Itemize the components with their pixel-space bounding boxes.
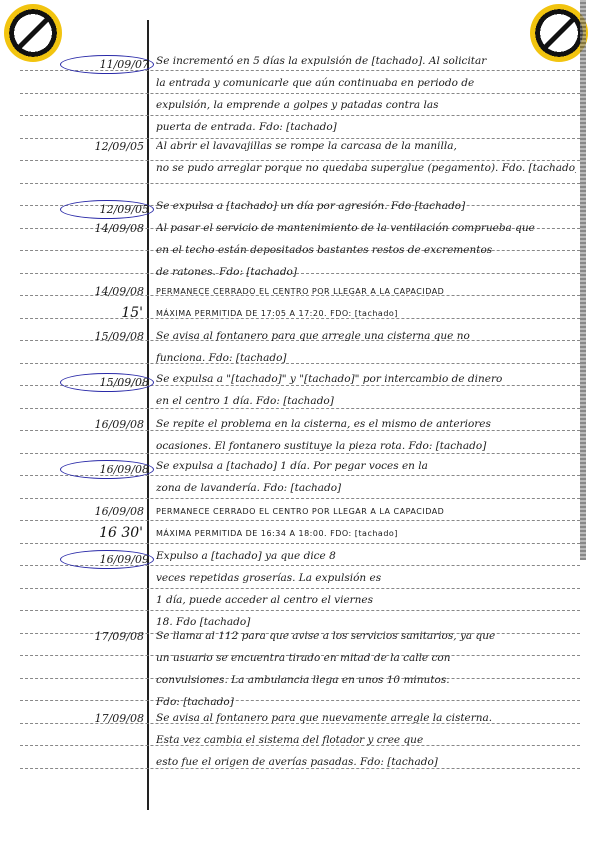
entry-date: 16/09/08 (60, 460, 154, 479)
ruled-line (20, 610, 580, 612)
entry-text-line: Se llama al 112 para que avise a los ser… (156, 630, 576, 643)
entry-text-line: Esta vez cambia el sistema del flotador … (156, 734, 576, 747)
entry-date: 12/09/05 (60, 200, 154, 219)
pdf-viewer-watermark-icon (4, 4, 62, 62)
entry-text-line: de ratones. Fdo: [tachado] (156, 266, 576, 279)
scanned-page: 11/09/07Se incrementó en 5 días la expul… (0, 0, 595, 842)
entry-text-line: Se repite el problema en la cisterna, es… (156, 418, 576, 431)
entry-text-line: Al pasar el servicio de mantenimiento de… (156, 222, 576, 235)
entry-text-line: Se avisa al fontanero para que nuevament… (156, 712, 576, 725)
entry-text-line: 1 día, puede acceder al centro el vierne… (156, 594, 576, 607)
entry-text-line: Se expulsa a "[tachado]" y "[tachado]" p… (156, 373, 576, 386)
entry-text-line: MÁXIMA PERMITIDA DE 16:34 A 18:00. FDO: … (156, 527, 576, 540)
entry-text-line: Al abrir el lavavajillas se rompe la car… (156, 140, 576, 153)
entry-text-line: Se incrementó en 5 días la expulsión de … (156, 55, 576, 68)
ruled-line (20, 520, 580, 522)
entry-date: 14/09/08 (60, 285, 144, 298)
entry-text-line: PERMANECE CERRADO EL CENTRO POR LLEGAR A… (156, 505, 576, 518)
entry-text-line: la entrada y comunicarle que aún continu… (156, 77, 576, 90)
entry-text-line: en el centro 1 día. Fdo: [tachado] (156, 395, 576, 408)
ruled-line (20, 115, 580, 117)
entry-text-line: PERMANECE CERRADO EL CENTRO POR LLEGAR A… (156, 285, 576, 298)
entry-date: 14/09/08 (60, 222, 144, 235)
entry-text-line: puerta de entrada. Fdo: [tachado] (156, 121, 576, 134)
entry-date: 17/09/08 (60, 630, 144, 643)
entry-date: 16/09/08 (60, 418, 144, 431)
ruled-line (20, 498, 580, 500)
entry-text-line: ocasiones. El fontanero sustituye la pie… (156, 440, 576, 453)
entry-date: 16/09/08 (60, 505, 144, 518)
entry-text-line: Se expulsa a [tachado] un día por agresi… (156, 200, 576, 213)
entry-date: 15/09/08 (60, 373, 154, 392)
entry-date: 16/09/09 (60, 550, 154, 569)
entry-time: 15' (95, 305, 143, 321)
entry-text-line: 18. Fdo [tachado] (156, 616, 576, 629)
entry-text-line: veces repetidas groserías. La expulsión … (156, 572, 576, 585)
entry-text-line: esto fue el origen de averías pasadas. F… (156, 756, 576, 769)
entry-text-line: Expulso a [tachado] ya que dice 8 (156, 550, 576, 563)
entry-text-line: Se avisa al fontanero para que arregle u… (156, 330, 576, 343)
entry-text-line: no se pudo arreglar porque no quedaba su… (156, 162, 576, 175)
entry-date: 12/09/05 (60, 140, 144, 153)
ruled-line (20, 183, 580, 185)
ruled-line (20, 543, 580, 545)
entry-date: 15/09/08 (60, 330, 144, 343)
page-edge-shadow (580, 0, 586, 560)
entry-text-line: funciona. Fdo: [tachado] (156, 352, 576, 365)
entry-text-line: Se expulsa a [tachado] 1 día. Por pegar … (156, 460, 576, 473)
entry-text-line: MÁXIMA PERMITIDA DE 17:05 A 17:20. FDO: … (156, 307, 576, 320)
entry-text-line: expulsión, la emprende a golpes y patada… (156, 99, 576, 112)
entry-text-line: en el techo están depositados bastantes … (156, 244, 576, 257)
entry-text-line: un usuario se encuentra tirado en mitad … (156, 652, 576, 665)
entry-text-line: zona de lavandería. Fdo: [tachado] (156, 482, 576, 495)
entry-text-line: Fdo: [tachado] (156, 696, 576, 709)
ruled-line (20, 93, 580, 95)
entry-date: 17/09/08 (60, 712, 144, 725)
ruled-line (20, 588, 580, 590)
entry-time: 16 30' (95, 525, 143, 541)
entry-text-line: convulsiones. La ambulancia llega en uno… (156, 674, 576, 687)
entry-date: 11/09/07 (60, 55, 154, 74)
